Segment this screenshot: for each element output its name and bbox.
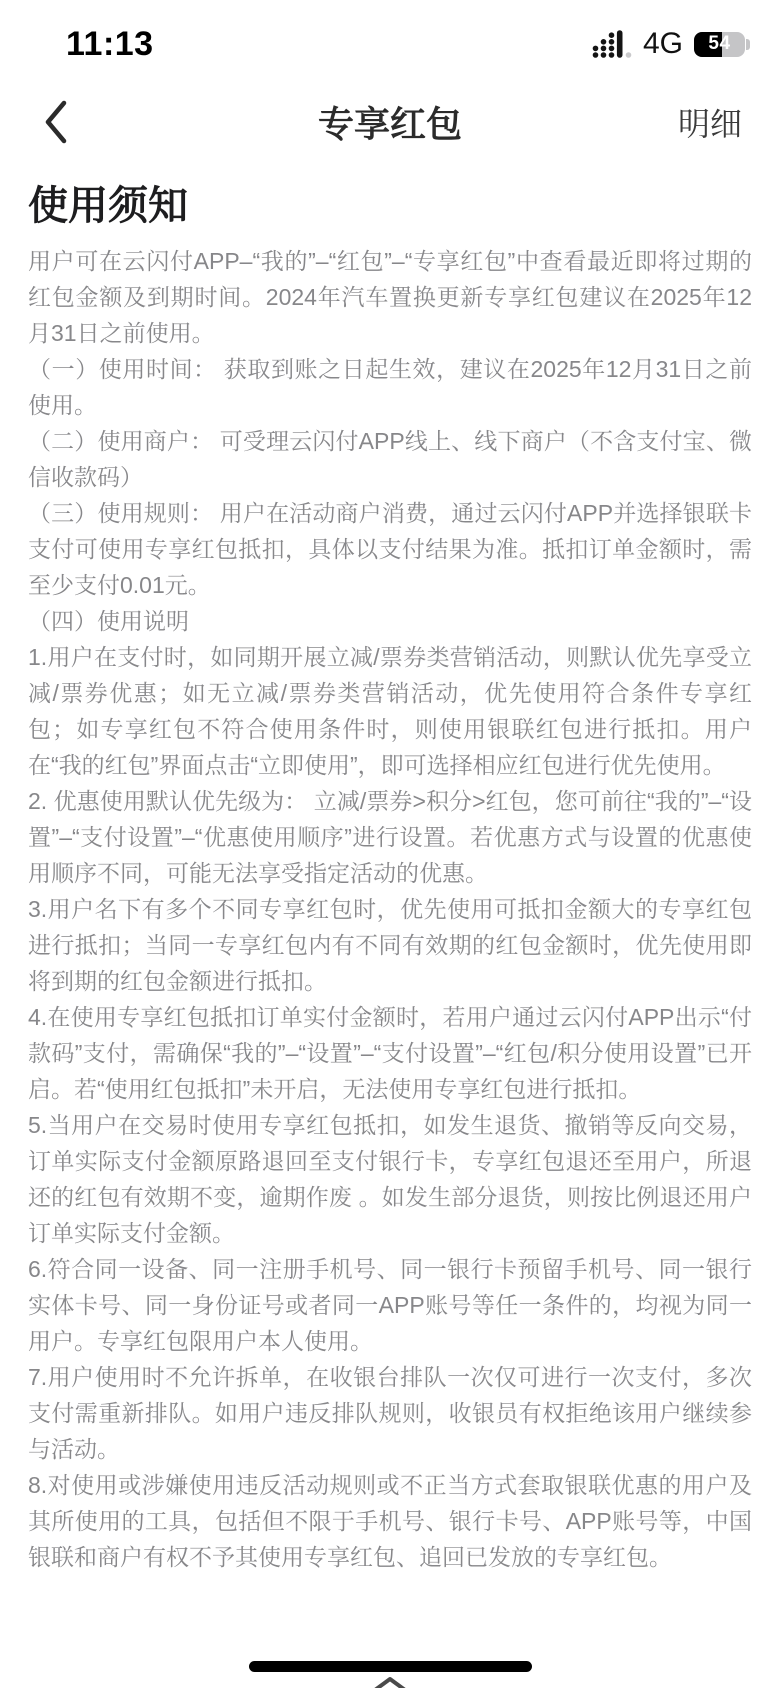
notice-paragraph: （一）使用时间： 获取到账之日起生效，建议在2025年12月31日之前使用。 [28,351,752,423]
notice-heading: 使用须知 [28,182,752,230]
status-bar: 11:13 4G 54 [0,0,780,88]
notice-paragraph: 4.在使用专享红包抵扣订单实付金额时，若用户通过云闪付APP出示“付款码”支付，… [28,999,752,1107]
battery-percent-label: 54 [694,32,745,57]
notice-paragraph: 8.对使用或涉嫌使用违反活动规则或不正当方式套取银联优惠的用户及其所使用的工具，… [28,1467,752,1575]
notice-paragraph: （二）使用商户： 可受理云闪付APP线上、线下商户（不含支付宝、微信收款码） [28,423,752,495]
notice-paragraph: （四）使用说明 [28,603,752,639]
chevron-left-icon [42,99,68,145]
notice-paragraph: 3.用户名下有多个不同专享红包时，优先使用可抵扣金额大的专享红包进行抵扣；当同一… [28,891,752,999]
home-indicator-bar[interactable] [249,1661,532,1672]
detail-link[interactable]: 明细 [678,99,742,145]
notice-paragraph: 用户可在云闪付APP–“我的”–“红包”–“专享红包”中查看最近即将过期的红包金… [28,243,752,351]
status-right-cluster: 4G 54 [592,27,750,61]
network-type-label: 4G [643,27,683,61]
notice-paragraph: 1.用户在支付时，如同期开展立减/票券类营销活动，则默认优先享受立减/票券优惠；… [28,639,752,783]
notice-paragraph: 2. 优惠使用默认优先级为： 立减/票券>积分>红包，您可前往“我的”–“设置”… [28,783,752,891]
screen: 11:13 4G 54 [0,0,780,1688]
battery-nub [746,39,750,50]
status-time: 11:13 [66,25,154,64]
battery-icon: 54 [694,32,750,57]
cellular-signal-dots-icon [592,30,632,58]
page-title: 专享红包 [318,97,462,148]
chevron-up-icon[interactable] [373,1676,407,1688]
notice-content: 使用须知 用户可在云闪付APP–“我的”–“红包”–“专享红包”中查看最近即将过… [0,182,780,1575]
notice-paragraph: 7.用户使用时不允许拆单，在收银台排队一次仅可进行一次支付，多次支付需重新排队。… [28,1359,752,1467]
notice-paragraph: 6.符合同一设备、同一注册手机号、同一银行卡预留手机号、同一银行实体卡号、同一身… [28,1251,752,1359]
notice-paragraph: （三）使用规则： 用户在活动商户消费，通过云闪付APP并选择银联卡支付可使用专享… [28,495,752,603]
nav-bar: 专享红包 明细 [0,88,780,156]
back-button[interactable] [42,99,68,145]
notice-paragraph: 5.当用户在交易时使用专享红包抵扣，如发生退货、撤销等反向交易，订单实际支付金额… [28,1107,752,1251]
